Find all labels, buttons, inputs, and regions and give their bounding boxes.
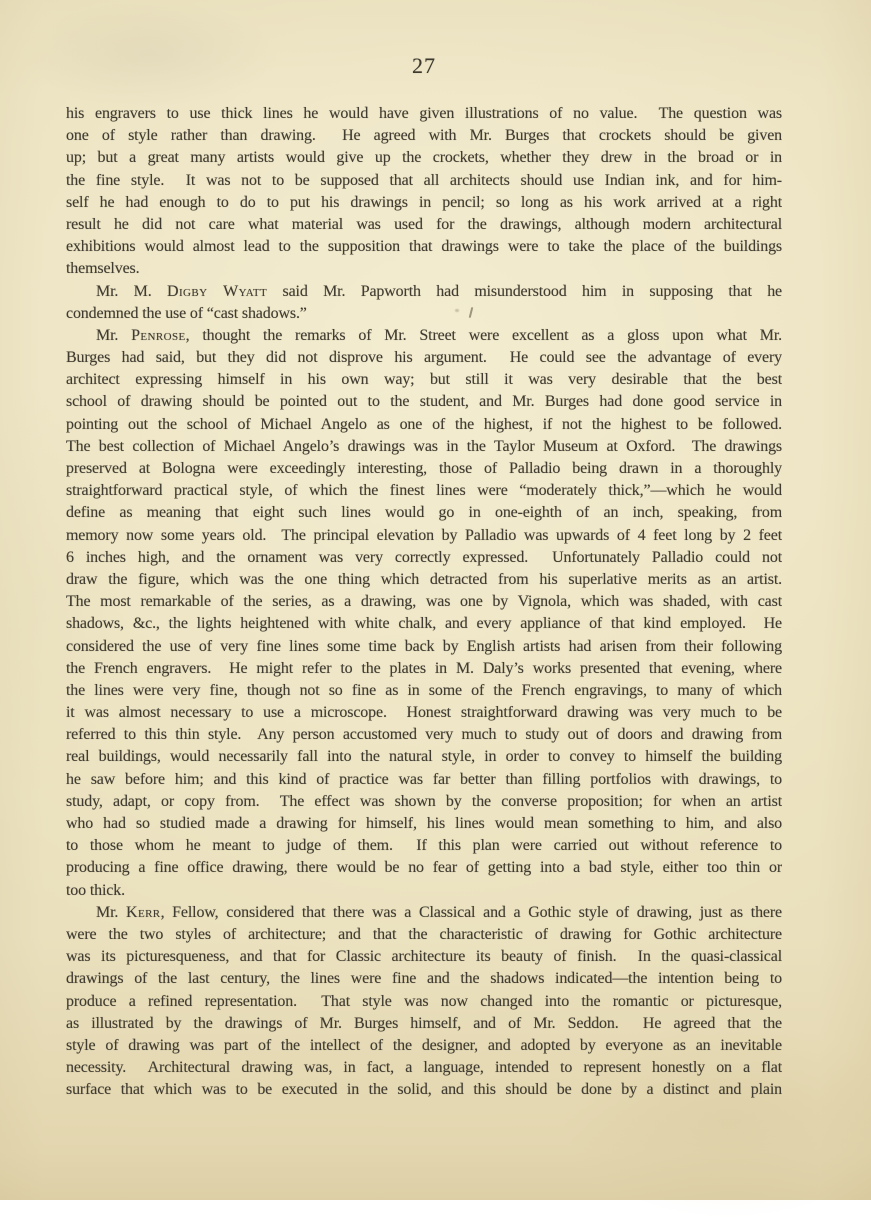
text-line: it was almost necessary to use a microsc… <box>66 702 782 724</box>
text-line: was its picturesqueness, and that for Cl… <box>66 946 782 968</box>
text-line: 6 inches high, and the ornament was very… <box>66 547 782 569</box>
text-line: were the two styles of architecture; and… <box>66 924 782 946</box>
text-line: architect expressing himself in his own … <box>66 369 782 391</box>
text-line: Mr. M. Digby Wyatt said Mr. Papworth had… <box>66 281 782 303</box>
text-line: the French engravers. He might refer to … <box>66 658 782 680</box>
text-line: straightforward practical style, of whic… <box>66 480 782 502</box>
text-line: The most remarkable of the series, as a … <box>66 591 782 613</box>
text-line: The best collection of Michael Angelo’s … <box>66 436 782 458</box>
text-line: as illustrated by the drawings of Mr. Bu… <box>66 1013 782 1035</box>
small-caps-name: Kerr <box>126 904 161 921</box>
text-line: his engravers to use thick lines he woul… <box>66 103 782 125</box>
text-line: preserved at Bologna were exceedingly in… <box>66 458 782 480</box>
paragraph: his engravers to use thick lines he woul… <box>66 103 782 281</box>
text-line: Burges had said, but they did not dispro… <box>66 347 782 369</box>
text-line: define as meaning that eight such lines … <box>66 502 782 524</box>
text-line: the lines were very fine, though not so … <box>66 680 782 702</box>
text-line: necessity. Architectural drawing was, in… <box>66 1057 782 1079</box>
text-line: result he did not care what material was… <box>66 214 782 236</box>
text-line: who had so studied made a drawing for hi… <box>66 813 782 835</box>
text-line: school of drawing should be pointed out … <box>66 391 782 413</box>
text-line: themselves. <box>66 258 782 280</box>
text-line: style of drawing was part of the intelle… <box>66 1035 782 1057</box>
paragraph: Mr. Kerr, Fellow, considered that there … <box>66 902 782 1102</box>
text-line: one of style rather than drawing. He agr… <box>66 125 782 147</box>
text-line: considered the use of very fine lines so… <box>66 636 782 658</box>
text-line: he saw before him; and this kind of prac… <box>66 769 782 791</box>
text-line: condemned the use of “cast shadows.” <box>66 303 782 325</box>
text-line: exhibitions would almost lead to the sup… <box>66 236 782 258</box>
scanned-book-page: 27 his engravers to use thick lines he w… <box>0 0 871 1200</box>
text-line: up; but a great many artists would give … <box>66 147 782 169</box>
text-line: memory now some years old. The principal… <box>66 525 782 547</box>
text-line: real buildings, would necessarily fall i… <box>66 746 782 768</box>
text-line: pointing out the school of Michael Angel… <box>66 414 782 436</box>
text-line: too thick. <box>66 880 782 902</box>
text-line: surface that which was to be executed in… <box>66 1079 782 1101</box>
ink-speck <box>455 309 459 312</box>
text-line: producing a fine office drawing, there w… <box>66 857 782 879</box>
paragraph: Mr. Penrose, thought the remarks of Mr. … <box>66 325 782 902</box>
text-block: his engravers to use thick lines he woul… <box>66 103 782 1101</box>
text-line: Mr. Penrose, thought the remarks of Mr. … <box>66 325 782 347</box>
text-line: shadows, &c., the lights heightened with… <box>66 613 782 635</box>
page-number: 27 <box>66 53 782 79</box>
text-line: produce a refined representation. That s… <box>66 991 782 1013</box>
text-line: self he had enough to do to put his draw… <box>66 192 782 214</box>
text-line: study, adapt, or copy from. The effect w… <box>66 791 782 813</box>
text-line: the fine style. It was not to be suppose… <box>66 170 782 192</box>
small-caps-name: Penrose <box>131 327 185 344</box>
small-caps-name: Digby Wyatt <box>167 283 267 300</box>
text-line: draw the figure, which was the one thing… <box>66 569 782 591</box>
text-line: Mr. Kerr, Fellow, considered that there … <box>66 902 782 924</box>
paragraph: Mr. M. Digby Wyatt said Mr. Papworth had… <box>66 281 782 325</box>
text-line: referred to this thin style. Any person … <box>66 724 782 746</box>
text-line: drawings of the last century, the lines … <box>66 968 782 990</box>
text-line: to those whom he meant to judge of them.… <box>66 835 782 857</box>
